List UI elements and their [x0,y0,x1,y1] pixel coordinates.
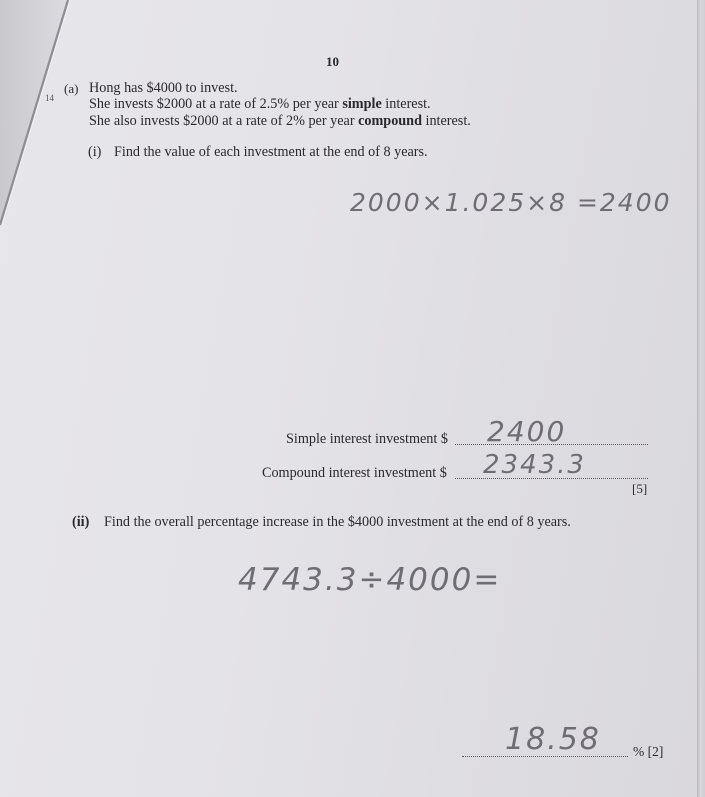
part-label: (a) [64,82,78,95]
handwritten-working-i: 2000×1.025×8 =2400 [350,188,672,217]
intro-line-2-end: interest. [382,96,431,112]
exam-page: 10 14 (a) Hong has $4000 to invest. She … [0,0,705,797]
compound-answer-value[interactable]: 2343.3 [483,450,586,480]
unit-and-marks-ii: % [2] [633,745,663,759]
simple-answer-value[interactable]: 2400 [487,415,566,448]
intro-line-3-end: interest. [422,113,471,129]
sub-i-label: (i) [88,145,101,159]
simple-emphasis: simple [342,96,381,112]
compound-answer-label: Compound interest investment $ [262,466,447,480]
page-right-edge [697,0,705,797]
marks-i: [5] [632,482,647,495]
percentage-answer-value[interactable]: 18.58 [505,722,601,757]
sub-i-prompt: Find the value of each investment at the… [114,145,428,159]
intro-line-2-text: She invests $2000 at a rate of 2.5% per … [89,96,342,112]
intro-line-1: Hong has $4000 to invest. [89,81,238,95]
handwritten-working-ii: 4743.3÷4000= [238,562,501,598]
intro-line-3-text: She also invests $2000 at a rate of 2% p… [89,113,358,129]
intro-line-2: She invests $2000 at a rate of 2.5% per … [89,97,431,111]
simple-answer-label: Simple interest investment $ [286,432,448,446]
question-number: 14 [45,94,54,103]
sub-ii-prompt: Find the overall percentage increase in … [104,515,571,529]
page-number: 10 [326,55,339,68]
intro-line-3: She also invests $2000 at a rate of 2% p… [89,114,471,128]
compound-emphasis: compound [358,113,422,129]
sub-ii-label: (ii) [72,515,89,529]
